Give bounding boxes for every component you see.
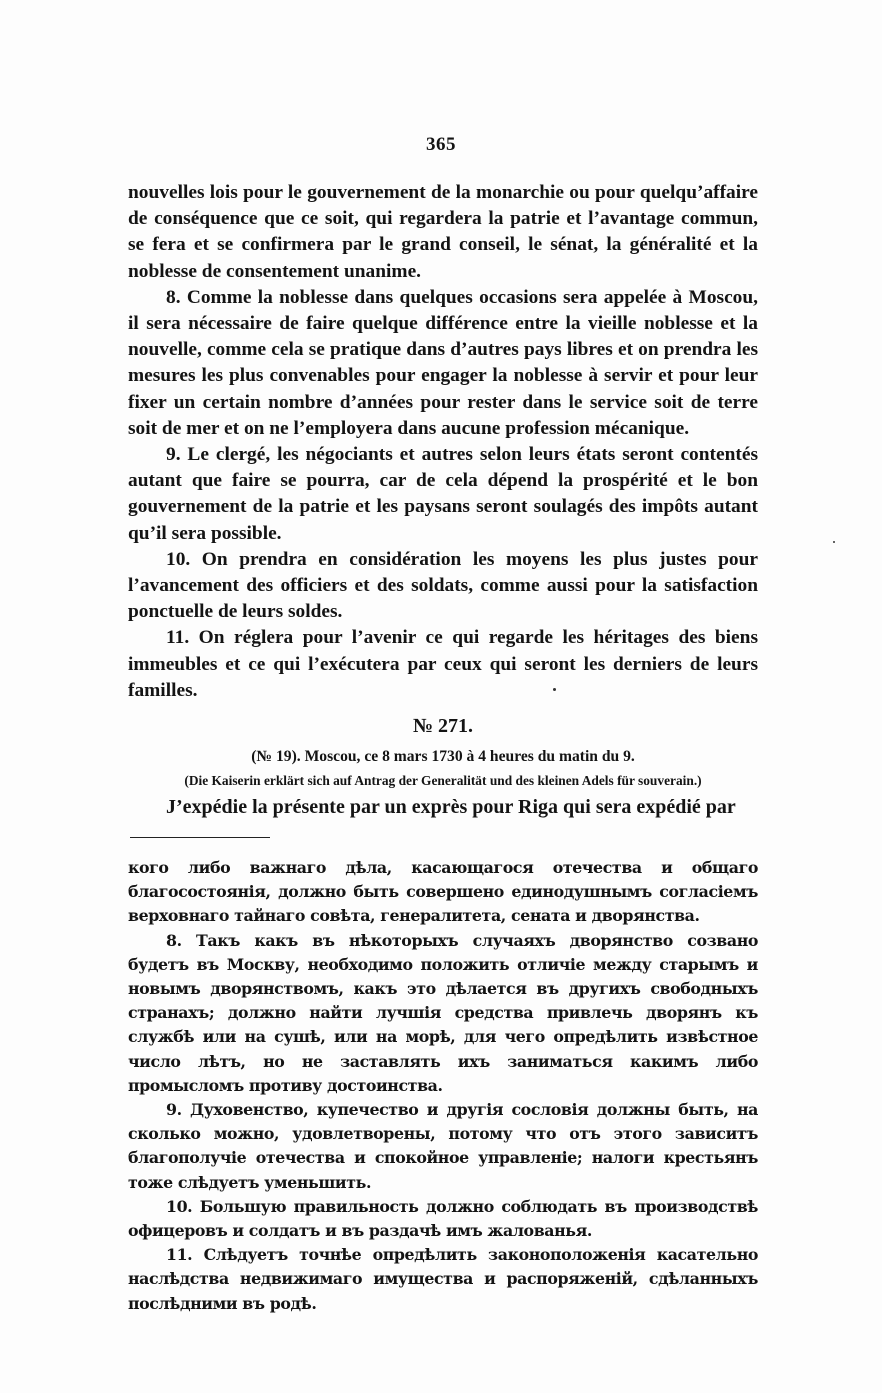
french-text-block: nouvelles lois pour le gouvernement de l… (128, 180, 758, 821)
article-10: 10. On prendra en considération les moye… (128, 547, 758, 626)
ink-speck (833, 541, 835, 543)
document-summary: (Die Kaiserin erklärt sich auf Antrag de… (128, 769, 758, 793)
footnote-article-11: 11. Слѣдуетъ точнѣе опредѣлить законопол… (128, 1243, 758, 1316)
footnote-article-9: 9. Духовенство, купечество и другія сосл… (128, 1098, 758, 1195)
article-11: 11. On réglera pour l’avenir ce qui rega… (128, 625, 758, 704)
article-8: 8. Comme la noblesse dans quelques occas… (128, 285, 758, 442)
document-opening: J’expédie la présente par un exprès pour… (128, 793, 758, 821)
footnote-continuation: кого либо важнаго дѣла, касающагося отеч… (128, 856, 758, 929)
footnote-rule (130, 837, 270, 838)
ink-speck (553, 688, 556, 691)
page-number: 365 (0, 134, 882, 156)
paragraph-continuation: nouvelles lois pour le gouvernement de l… (128, 180, 758, 285)
document-page: 365 nouvelles lois pour le gouvernement … (0, 0, 882, 1393)
document-number: № 271. (128, 713, 758, 739)
footnote-article-8: 8. Такъ какъ въ нѣкоторыхъ случаяхъ двор… (128, 929, 758, 1098)
article-9: 9. Le clergé, les négociants et autres s… (128, 442, 758, 547)
russian-footnote-block: кого либо важнаго дѣла, касающагося отеч… (128, 856, 758, 1316)
footnote-article-10: 10. Большую правильность должно соблюдат… (128, 1195, 758, 1243)
document-dateline: (№ 19). Moscou, ce 8 mars 1730 à 4 heure… (128, 745, 758, 769)
